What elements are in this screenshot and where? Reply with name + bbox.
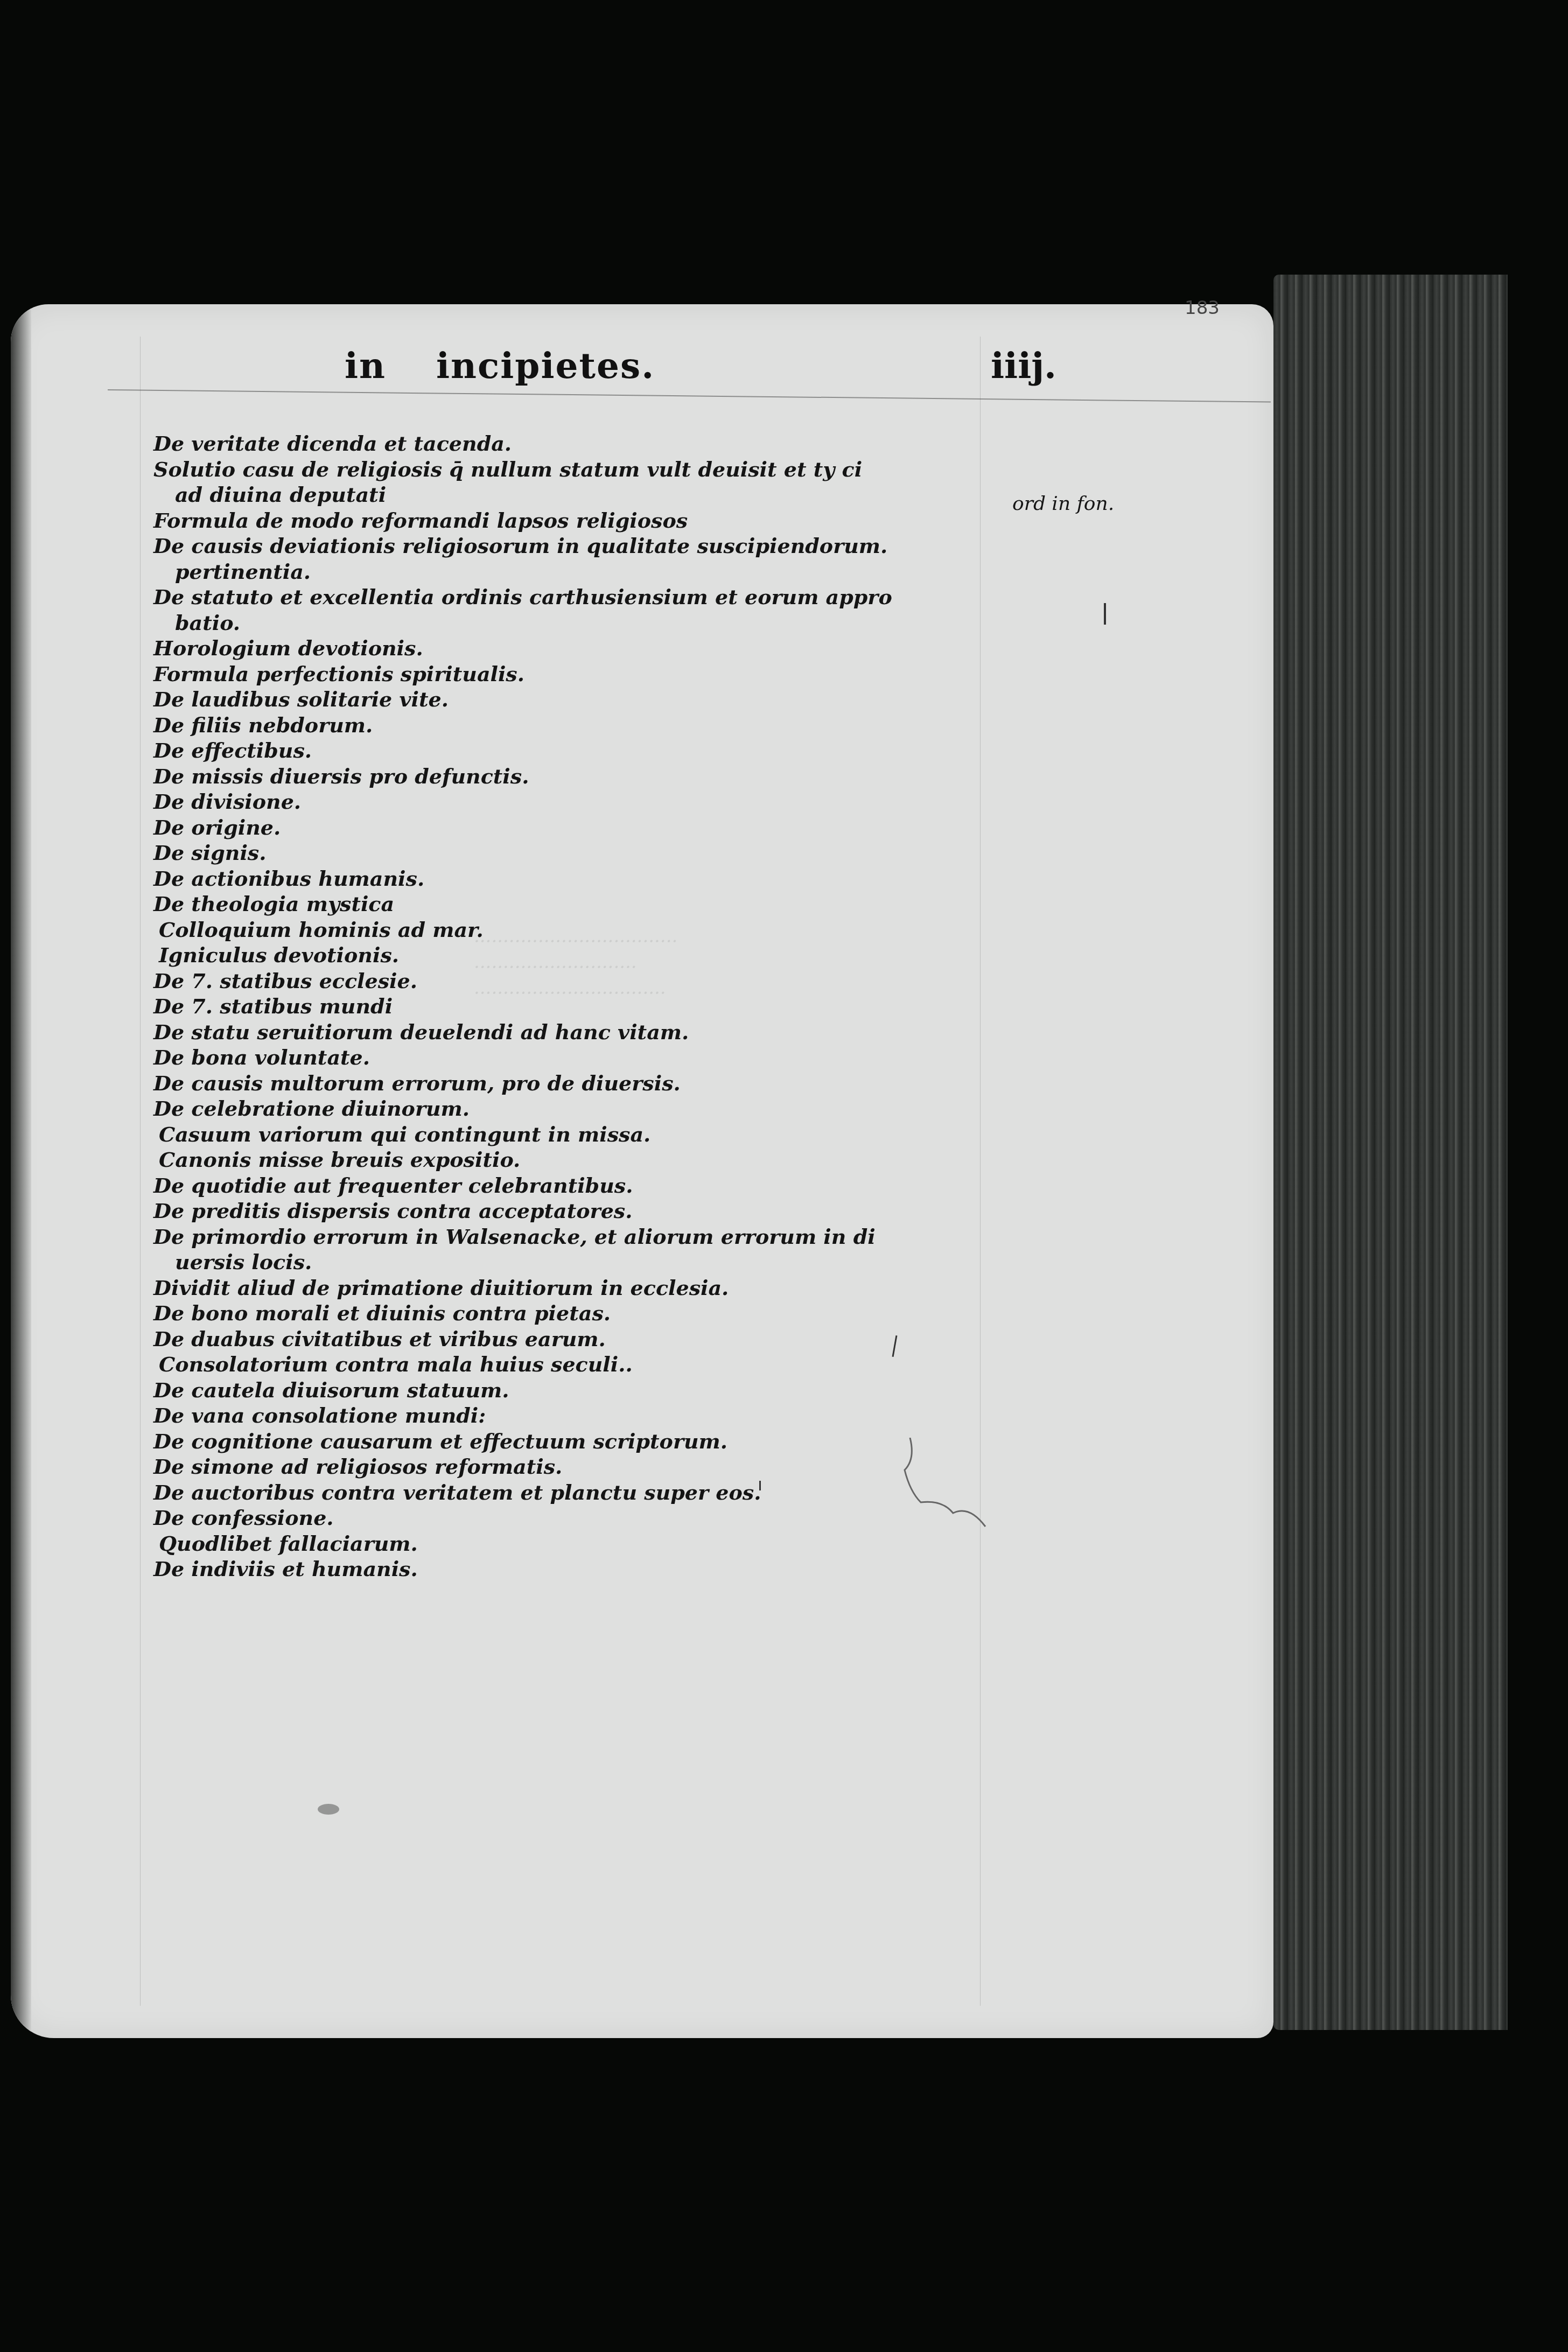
margin-mark: [1104, 603, 1106, 625]
toc-entry: De signis.: [153, 840, 907, 866]
toc-entry-text: De celebratione diuinorum.: [153, 1096, 470, 1121]
toc-entry-text: De duabus civitatibus et viribus earum.: [153, 1327, 606, 1351]
ruling-line-left: [140, 337, 141, 2006]
toc-entry: De 7. statibus mundi: [153, 993, 907, 1019]
toc-entry-text: De quotidie aut frequenter celebrantibus…: [153, 1173, 633, 1198]
toc-entry: Colloquium hominis ad mar.: [153, 917, 907, 943]
toc-entry: De celebratione diuinorum.: [153, 1096, 907, 1122]
toc-entry-text: Formula de modo reformandi lapsos religi…: [153, 508, 688, 533]
toc-entry-text: De vana consolatione mundi:: [153, 1403, 486, 1427]
toc-entry-text: Formula perfectionis spiritualis.: [153, 662, 524, 686]
toc-entry-continuation: pertinentia.: [153, 559, 907, 585]
toc-entry: Horologium devotionis.: [153, 635, 907, 661]
toc-entry-text: Consolatorium contra mala huius seculi..: [159, 1352, 633, 1376]
toc-entry-text: De statuto et excellentia ordinis carthu…: [153, 585, 892, 609]
toc-entry: Solutio casu de religiosis q̄ nullum sta…: [153, 457, 907, 508]
toc-entry-text: Solutio casu de religiosis q̄ nullum sta…: [153, 457, 862, 481]
toc-entry-continuation: batio.: [153, 610, 907, 636]
toc-entry-text: De bona voluntate.: [153, 1045, 370, 1069]
toc-entry: De statu seruitiorum deuelendi ad hanc v…: [153, 1019, 907, 1045]
toc-entry-text: Canonis misse breuis expositio.: [159, 1147, 520, 1172]
margin-note: ord in fon.: [1012, 493, 1114, 515]
hair-artifact: [899, 1438, 996, 1529]
toc-entry: De quotidie aut frequenter celebrantibus…: [153, 1173, 907, 1199]
toc-entry-text: Colloquium hominis ad mar.: [159, 918, 484, 942]
toc-entry: De 7. statibus ecclesie.: [153, 968, 907, 994]
toc-entry: De bona voluntate.: [153, 1045, 907, 1070]
toc-entry-text: De statu seruitiorum deuelendi ad hanc v…: [153, 1020, 689, 1044]
toc-entry-text: De confessione.: [153, 1506, 334, 1530]
dark-margin-right: [1508, 269, 1568, 2046]
running-header-title: incipietes.: [436, 345, 655, 387]
toc-entry-text: De effectibus.: [153, 738, 312, 762]
toc-entry-text: De bono morali et diuinis contra pietas.: [153, 1301, 611, 1325]
toc-entry-text: Horologium devotionis.: [153, 636, 423, 660]
toc-entry: Quodlibet fallaciarum.: [153, 1531, 907, 1557]
toc-entry-continuation: ad diuina deputati: [153, 482, 907, 508]
toc-entry: De effectibus.: [153, 738, 907, 764]
ruling-line-right: [980, 337, 981, 2006]
toc-entry-text: De divisione.: [153, 789, 301, 814]
toc-entry-text: Dividit aliud de primatione diuitiorum i…: [153, 1276, 729, 1300]
table-of-contents: De veritate dicenda et tacenda.Solutio c…: [153, 431, 907, 1582]
toc-entry: Canonis misse breuis expositio.: [153, 1147, 907, 1173]
toc-entry-text: De 7. statibus ecclesie.: [153, 969, 417, 993]
ink-blot: [318, 1804, 339, 1815]
toc-entry: De divisione.: [153, 789, 907, 815]
folio-number: 183: [1185, 297, 1220, 319]
toc-entry: De laudibus solitarie vite.: [153, 687, 907, 712]
toc-entry-text: De causis multorum errorum, pro de diuer…: [153, 1071, 681, 1095]
toc-entry-text: De preditis dispersis contra acceptatore…: [153, 1199, 632, 1223]
toc-entry: De veritate dicenda et tacenda.: [153, 431, 907, 457]
toc-entry-text: De cognitione causarum et effectuum scri…: [153, 1429, 727, 1453]
toc-entry: De simone ad religiosos reformatis.: [153, 1454, 907, 1480]
toc-entry-text: De missis diuersis pro defunctis.: [153, 764, 529, 788]
toc-entry: De indiviis et humanis.: [153, 1556, 907, 1582]
toc-entry-text: De laudibus solitarie vite.: [153, 687, 449, 711]
toc-entry: Consolatorium contra mala huius seculi..: [153, 1352, 907, 1377]
toc-entry: De cautela diuisorum statuum.: [153, 1377, 907, 1403]
toc-entry: De filiis nebdorum.: [153, 712, 907, 738]
toc-entry-text: De primordio errorum in Walsenacke, et a…: [153, 1224, 876, 1249]
toc-entry: Dividit aliud de primatione diuitiorum i…: [153, 1275, 907, 1301]
toc-entry-text: De theologia mystica: [153, 892, 394, 916]
toc-entry: Formula perfectionis spiritualis.: [153, 661, 907, 687]
toc-entry: Casuum variorum qui contingunt in missa.: [153, 1122, 907, 1147]
toc-entry: De theologia mystica: [153, 891, 907, 917]
toc-entry: De confessione.: [153, 1505, 907, 1531]
toc-entry-text: De origine.: [153, 815, 281, 839]
toc-entry: De cognitione causarum et effectuum scri…: [153, 1429, 907, 1454]
toc-entry-text: Igniculus devotionis.: [159, 943, 399, 967]
toc-entry-text: De causis deviationis religiosorum in qu…: [153, 534, 887, 558]
toc-entry-text: Casuum variorum qui contingunt in missa.: [159, 1122, 650, 1146]
toc-entry-text: De 7. statibus mundi: [153, 994, 393, 1018]
toc-entry-text: De indiviis et humanis.: [153, 1557, 418, 1581]
toc-entry-continuation: uersis locis.: [153, 1249, 907, 1275]
gutter-shadow: [11, 304, 31, 2038]
running-header-number: iiij.: [991, 345, 1056, 387]
toc-entry-text: De auctoribus contra veritatem et planct…: [153, 1480, 761, 1504]
toc-entry-text: Quodlibet fallaciarum.: [159, 1531, 418, 1556]
toc-entry-text: De actionibus humanis.: [153, 866, 424, 891]
toc-entry: De bono morali et diuinis contra pietas.: [153, 1300, 907, 1326]
toc-entry-text: De filiis nebdorum.: [153, 713, 373, 737]
toc-entry: De primordio errorum in Walsenacke, et a…: [153, 1224, 907, 1275]
toc-entry: De preditis dispersis contra acceptatore…: [153, 1198, 907, 1224]
toc-entry-text: De signis.: [153, 841, 266, 865]
toc-entry: De missis diuersis pro defunctis.: [153, 764, 907, 789]
toc-entry: De causis multorum errorum, pro de diuer…: [153, 1070, 907, 1096]
toc-entry: De auctoribus contra veritatem et planct…: [153, 1480, 907, 1506]
toc-entry: De causis deviationis religiosorum in qu…: [153, 533, 907, 584]
toc-entry: De statuto et excellentia ordinis carthu…: [153, 584, 907, 635]
toc-entry-text: De cautela diuisorum statuum.: [153, 1378, 509, 1402]
toc-entry: Igniculus devotionis.: [153, 942, 907, 968]
ruling-line-top: [108, 389, 1271, 403]
toc-entry: Formula de modo reformandi lapsos religi…: [153, 508, 907, 534]
toc-entry: De origine.: [153, 815, 907, 841]
toc-entry: De duabus civitatibus et viribus earum.: [153, 1326, 907, 1352]
toc-entry-text: De veritate dicenda et tacenda.: [153, 431, 512, 456]
toc-entry-text: De simone ad religiosos reformatis.: [153, 1454, 562, 1479]
running-header-left: in: [345, 345, 386, 387]
toc-entry: De actionibus humanis.: [153, 866, 907, 892]
toc-entry: De vana consolatione mundi:: [153, 1403, 907, 1429]
